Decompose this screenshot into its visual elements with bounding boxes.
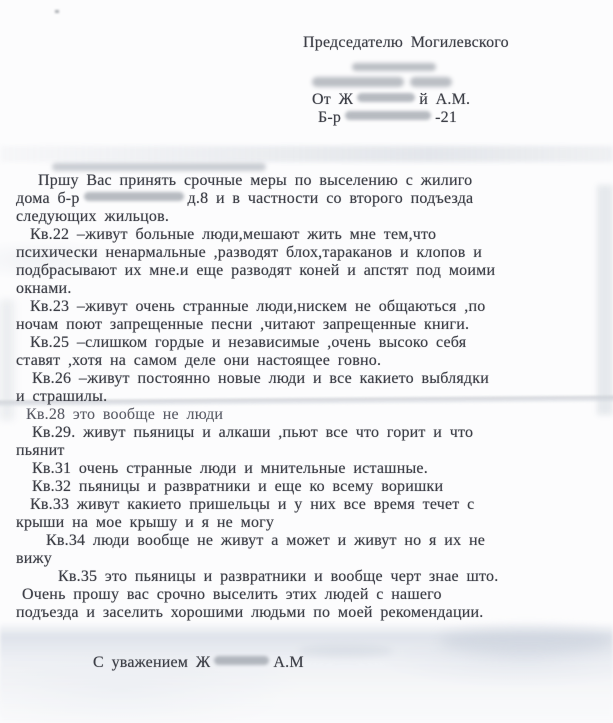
address-prefix: Б-р bbox=[318, 109, 341, 126]
recipient-line: Председателю Могилевского bbox=[303, 33, 509, 52]
line-kv26-1: Кв.26 –живут постоянно новые люди и все … bbox=[16, 370, 601, 388]
line-intro-3: следующих жильцов. bbox=[16, 208, 601, 226]
sender-prefix: От Ж bbox=[312, 91, 353, 108]
scan-shadow-band bbox=[0, 146, 613, 162]
line-kv34-1: Кв.34 люди вообще не живут а может и жив… bbox=[16, 532, 601, 550]
redacted-text bbox=[214, 656, 269, 665]
line-intro-1: Пршу Вас принять срочные меры по выселен… bbox=[16, 172, 601, 190]
line-kv26-2: и страшилы. bbox=[16, 388, 601, 406]
line-kv33-1: Кв.33 живут какието пришельцы и у них вс… bbox=[16, 496, 601, 514]
address-line: Б-р-21 bbox=[318, 108, 457, 127]
redacted-text bbox=[410, 77, 452, 87]
line-closing-1: Очень прошу вас срочно выселить этих люд… bbox=[16, 586, 601, 604]
scan-speck bbox=[55, 10, 59, 13]
line-kv22-4: окнами. bbox=[16, 280, 601, 298]
line-kv25-1: Кв.25 –слишком гордые и независимые ,оче… bbox=[16, 334, 601, 352]
redacted-text bbox=[357, 93, 415, 102]
line-kv25-2: ставят ,хотя на самом деле они настоящее… bbox=[16, 352, 601, 370]
line-kv35: Кв.35 это пьяницы и развратники и вообще… bbox=[16, 568, 601, 586]
line-kv23-2: ночам поют запрещенные песни ,читают зап… bbox=[16, 316, 601, 334]
redacted-text bbox=[345, 111, 431, 120]
line-kv22-3: подбрасывают их мне.и еще разводят коней… bbox=[16, 262, 601, 280]
sender-line: От Жй А.М. bbox=[312, 90, 470, 109]
line-closing-2: подъезда и заселить хорошими людьми по м… bbox=[16, 604, 601, 622]
signature-line: С уважением ЖА.М bbox=[93, 654, 304, 672]
line-kv31: Кв.31 очень странные люди и мнительные и… bbox=[16, 460, 601, 478]
intro-pre: дома б-р bbox=[16, 190, 80, 207]
line-kv22-2: психически ненармальные ,разводят блох,т… bbox=[16, 244, 601, 262]
scan-bottom-shadow bbox=[0, 622, 613, 723]
sender-suffix: й А.М. bbox=[419, 91, 470, 108]
letter-body: Пршу Вас принять срочные меры по выселен… bbox=[16, 172, 601, 622]
scan-smear bbox=[298, 645, 393, 657]
line-kv23-1: Кв.23 –живут очень странные люди,нискем … bbox=[16, 298, 601, 316]
redacted-text bbox=[84, 192, 184, 201]
scan-edge-patch bbox=[0, 300, 14, 420]
line-kv28: Кв.28 это вообще не люди bbox=[16, 406, 601, 424]
scan-bottom-blob bbox=[440, 628, 613, 654]
line-kv29-2: пьянит bbox=[16, 442, 601, 460]
signature-prefix: С уважением Ж bbox=[93, 654, 210, 671]
redacted-header-line bbox=[312, 72, 458, 91]
scanned-letter-page: Председателю Могилевского От Жй А.М. Б-р… bbox=[0, 0, 613, 723]
redacted-smudge-line bbox=[52, 163, 266, 171]
signature-suffix: А.М bbox=[273, 654, 303, 671]
redacted-text bbox=[352, 63, 436, 71]
line-intro-2: дома б-рд.8 и в частности со второго под… bbox=[16, 190, 601, 208]
line-kv33-2: крыши на мое крышу и я не могу bbox=[16, 514, 601, 532]
line-kv22-1: Кв.22 –живут больные люди,мешают жить мн… bbox=[16, 226, 601, 244]
redacted-text bbox=[312, 77, 404, 87]
line-kv32: Кв.32 пьяницы и развратники и еще ко все… bbox=[16, 478, 601, 496]
address-suffix: -21 bbox=[435, 109, 457, 126]
line-kv29-1: Кв.29. живут пьяницы и алкаши ,пьют все … bbox=[16, 424, 601, 442]
intro-post: д.8 и в частности со второго подъезда bbox=[188, 190, 474, 207]
line-kv34-2: вижу bbox=[16, 550, 601, 568]
